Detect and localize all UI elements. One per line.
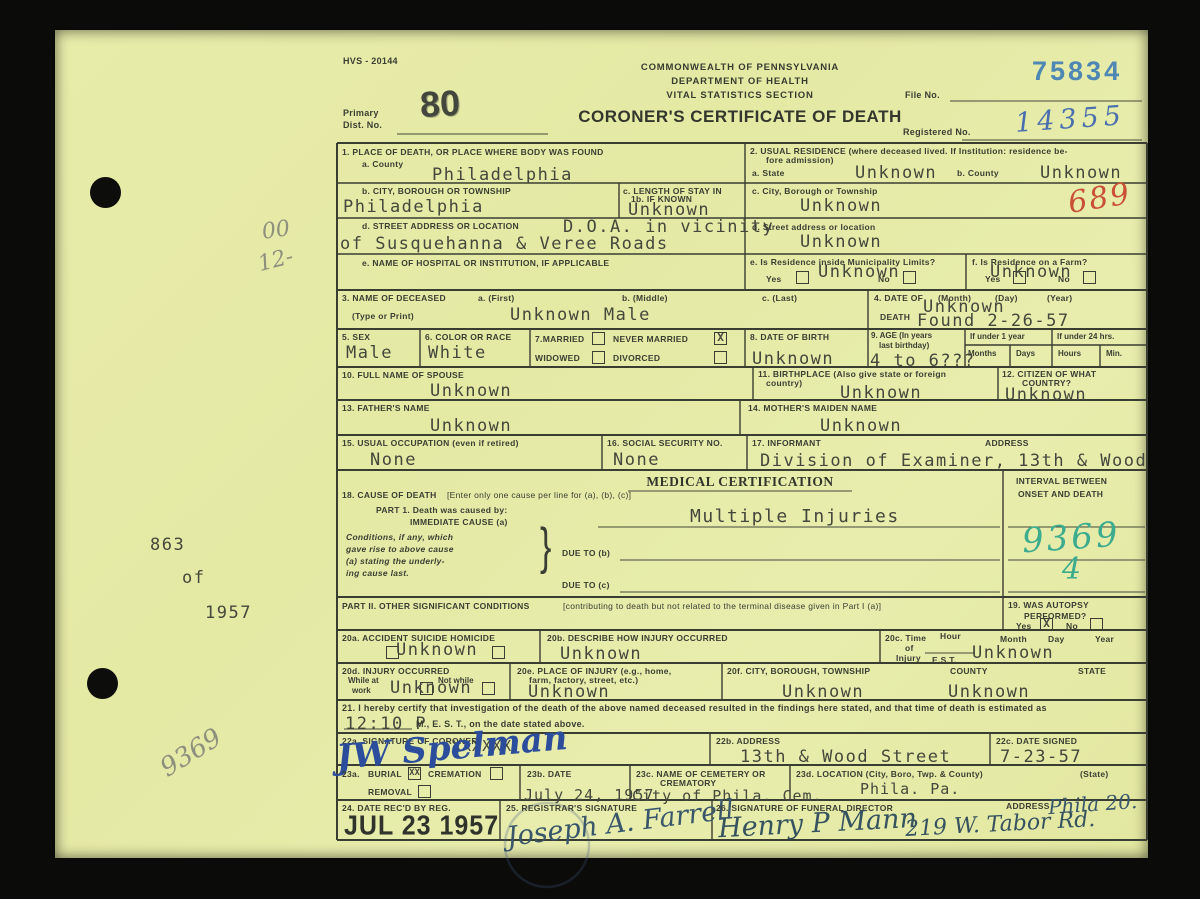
field-6-value: White (428, 343, 487, 363)
batch-number-stamp: 80 (419, 82, 461, 126)
field-3-label: 3. NAME OF DECEASED (342, 293, 446, 303)
field-18-cond-2: gave rise to above cause (346, 544, 454, 554)
field-1-label: 1. PLACE OF DEATH, OR PLACE WHERE BODY W… (342, 147, 604, 157)
field-20d-notwork-checkbox (482, 682, 495, 695)
field-7-widowed-checkbox (592, 351, 605, 364)
field-7-married-label: 7.MARRIED (535, 334, 584, 344)
certificate-title: CORONER'S CERTIFICATE OF DEATH (578, 107, 901, 127)
field-22b-label: 22b. ADDRESS (716, 736, 780, 746)
field-2c-value: Unknown (800, 196, 882, 216)
field-2e-no-checkbox (903, 271, 916, 284)
part2-label-bold: PART II. OTHER SIGNIFICANT CONDITIONS (342, 601, 530, 611)
field-18c-label: DUE TO (c) (562, 580, 610, 590)
hole-punch-top (90, 177, 121, 208)
field-9-value: 4 to 6??? (870, 351, 976, 371)
field-3-last-label: c. (Last) (762, 293, 797, 303)
field-2a-label: a. State (752, 168, 785, 178)
field-3-value: Unknown Male (510, 305, 651, 325)
field-2f-no-label: No (1058, 274, 1070, 284)
field-5-value: Male (346, 343, 393, 363)
field-20d-label: 20d. INJURY OCCURRED (342, 666, 450, 676)
field-18-cond-3: (a) stating the underly- (346, 556, 445, 566)
form-number: HVS - 20144 (343, 56, 398, 66)
field-22c-label: 22c. DATE SIGNED (996, 736, 1077, 746)
field-9-under1yr-label: If under 1 year (970, 332, 1025, 341)
field-18-label: 18. CAUSE OF DEATH (342, 490, 437, 500)
field-15-label: 15. USUAL OCCUPATION (even if retired) (342, 438, 519, 448)
field-7-never-married-checkbox: X (714, 332, 727, 345)
field-20c-label-1: 20c. Time (885, 633, 926, 643)
field-20d-whileat-label: While at (348, 676, 379, 685)
field-19-yes-checkbox: X (1040, 618, 1053, 631)
field-20c-label-2: of (905, 643, 914, 653)
field-20c-est-label: E.S.T. (932, 655, 956, 665)
scanned-death-certificate: 00 12- 863 of 1957 9369 HVS - 20144 80 P… (0, 0, 1200, 899)
field-11-label-2: country) (766, 378, 802, 388)
field-20b-value: Unknown (560, 644, 642, 664)
field-20a-value: Unknown (396, 640, 478, 660)
field-20b-label: 20b. DESCRIBE HOW INJURY OCCURRED (547, 633, 728, 643)
field-6-label: 6. COLOR OR RACE (425, 332, 512, 342)
field-5-label: 5. SEX (342, 332, 370, 342)
field-20c-hour-label: Hour (940, 631, 961, 641)
org-line-2: DEPARTMENT OF HEALTH (671, 76, 809, 87)
field-23d-label: 23d. LOCATION (City, Boro, Twp. & County… (796, 769, 983, 779)
field-4-value-2: Found 2-26-57 (917, 311, 1070, 331)
field-7-never-married-label: NEVER MARRIED (613, 334, 688, 344)
field-20c-value: Unknown (972, 643, 1054, 663)
field-4-label-2: DEATH (880, 312, 910, 322)
field-2d-label: d. Street address or location (752, 222, 875, 232)
field-2-label-2: fore admission) (766, 155, 834, 165)
field-23a-cremation-checkbox (490, 767, 503, 780)
field-2d-value: Unknown (800, 232, 882, 252)
field-2e-yes-checkbox (796, 271, 809, 284)
field-20d-value: Unknown (390, 678, 472, 698)
registered-no-label: Registered No. (903, 127, 971, 137)
field-23a-number: 23a. (342, 769, 360, 779)
field-22c-value: 7-23-57 (1000, 747, 1082, 767)
field-23d-value: Phila. Pa. (860, 780, 960, 798)
field-16-value: None (613, 450, 660, 470)
field-14-value: Unknown (820, 416, 902, 436)
field-7-divorced-checkbox (714, 351, 727, 364)
field-2c-label: c. City, Borough or Township (752, 186, 878, 196)
field-23a-burial-label: BURIAL (368, 769, 402, 779)
primary-dist-label-1: Primary (343, 108, 379, 118)
field-22b-value: 13th & Wood Street (740, 747, 951, 767)
field-3-middle-label: b. (Middle) (622, 293, 668, 303)
margin-sequence-of: of (182, 568, 205, 588)
field-20f-county-label: COUNTY (950, 666, 988, 676)
org-line-3: VITAL STATISTICS SECTION (666, 90, 813, 101)
field-9-hours-label: Hours (1058, 349, 1081, 358)
field-4-label-1: 4. DATE OF (874, 293, 923, 303)
field-23a-cremation-label: CREMATION (428, 769, 482, 779)
interval-label-2: ONSET AND DEATH (1018, 489, 1103, 499)
field-20f-label: 20f. CITY, BOROUGH, TOWNSHIP (727, 666, 870, 676)
field-2b-label: b. County (957, 168, 999, 178)
field-7-widowed-label: WIDOWED (535, 353, 580, 363)
field-18b-label: DUE TO (b) (562, 548, 610, 558)
field-7-divorced-label: DIVORCED (613, 353, 660, 363)
margin-pencil-note-1: 00 (260, 216, 291, 245)
field-23a-removal-label: REMOVAL (368, 787, 412, 797)
field-8-label: 8. DATE OF BIRTH (750, 332, 829, 342)
field-20c-label-3: Injury (896, 653, 921, 663)
field-11-value: Unknown (840, 383, 922, 403)
field-1b-label: b. CITY, BOROUGH OR TOWNSHIP (362, 186, 511, 196)
field-2a-value: Unknown (855, 163, 937, 183)
field-19-label-2: PERFORMED? (1024, 611, 1087, 621)
field-13-label: 13. FATHER'S NAME (342, 403, 430, 413)
field-18-part1-label: PART 1. Death was caused by: (376, 505, 508, 515)
margin-sequence-number: 863 (150, 535, 185, 555)
field-17-label: 17. INFORMANT (752, 438, 821, 448)
field-18-immediate-label: IMMEDIATE CAUSE (a) (410, 517, 508, 527)
field-18a-value: Multiple Injuries (690, 506, 900, 527)
field-20f-city-value: Unknown (782, 682, 864, 702)
field-10-value: Unknown (430, 381, 512, 401)
field-2f-no-checkbox (1083, 271, 1096, 284)
field-12-value: Unknown (1005, 385, 1087, 405)
field-1a-value: Philadelphia (432, 165, 573, 185)
org-line-1: COMMONWEALTH OF PENNSYLVANIA (641, 62, 839, 73)
field-17-value: Division of Examiner, 13th & Wood (760, 451, 1147, 471)
field-18-cond-1: Conditions, if any, which (346, 532, 453, 542)
field-20e-value: Unknown (528, 682, 610, 702)
margin-sequence-year: 1957 (205, 603, 252, 623)
field-23a-burial-checkbox: XX (408, 767, 421, 780)
conditions-brace: } (540, 518, 551, 577)
field-1d-value-2: of Susquehanna & Veree Roads (340, 234, 669, 254)
field-23b-label: 23b. DATE (527, 769, 572, 779)
primary-dist-label-2: Dist. No. (343, 120, 382, 130)
field-2e-yes-label: Yes (766, 274, 782, 284)
hole-punch-bottom (87, 668, 118, 699)
field-18-cond-4: ing cause last. (346, 568, 409, 578)
part2-label-rest: [contributing to death but not related t… (563, 601, 881, 611)
field-2e-no-label: No (878, 274, 890, 284)
date-received-stamp: JUL 23 1957 (344, 811, 499, 843)
field-19-no-checkbox (1090, 618, 1103, 631)
field-3-first-label: a. (First) (478, 293, 515, 303)
field-20d-work-label: work (352, 686, 371, 695)
interval-label-1: INTERVAL BETWEEN (1016, 476, 1107, 486)
field-1a-label: a. County (362, 159, 403, 169)
field-13-value: Unknown (430, 416, 512, 436)
field-20c-year-label: Year (1095, 634, 1114, 644)
field-20a-checkbox-2 (492, 646, 505, 659)
field-23d-state-label: (State) (1080, 769, 1109, 779)
field-9-label-1: 9. AGE (In years (871, 331, 932, 340)
field-3-sub-label: (Type or Print) (352, 311, 414, 321)
field-17-address-label: ADDRESS (985, 438, 1029, 448)
file-no-label: File No. (905, 90, 940, 100)
field-10-label: 10. FULL NAME OF SPOUSE (342, 370, 464, 380)
field-20f-county-value: Unknown (948, 682, 1030, 702)
field-21-text-1: 21. I hereby certify that investigation … (342, 703, 1047, 713)
field-19-label-1: 19. WAS AUTOPSY (1008, 600, 1089, 610)
field-20f-state-label: STATE (1078, 666, 1106, 676)
serial-number-stamp: 75834 (1032, 56, 1122, 87)
field-19-yes-label: Yes (1016, 621, 1032, 631)
field-18-bracket-note: [Enter only one cause per line for (a), … (447, 490, 631, 500)
field-9-label-2: last birthday) (879, 341, 929, 350)
field-9-under24-label: If under 24 hrs. (1057, 332, 1114, 341)
field-15-value: None (370, 450, 417, 470)
field-8-value: Unknown (752, 349, 834, 369)
field-14-label: 14. MOTHER'S MAIDEN NAME (748, 403, 877, 413)
field-9-months-label: Months (968, 349, 996, 358)
field-9-days-label: Days (1016, 349, 1035, 358)
medical-certification-heading: MEDICAL CERTIFICATION (646, 474, 833, 490)
field-16-label: 16. SOCIAL SECURITY NO. (607, 438, 723, 448)
interval-green-number-2: 4 (1062, 552, 1081, 587)
field-1d-label: d. STREET ADDRESS OR LOCATION (362, 221, 519, 231)
field-1b-value: Philadelphia (343, 197, 484, 217)
field-1e-label: e. NAME OF HOSPITAL OR INSTITUTION, IF A… (362, 258, 609, 268)
field-19-no-label: No (1066, 621, 1078, 631)
field-4-year-label: (Year) (1047, 293, 1072, 303)
field-7-married-checkbox (592, 332, 605, 345)
field-23a-removal-checkbox (418, 785, 431, 798)
field-9-min-label: Min. (1106, 349, 1122, 358)
